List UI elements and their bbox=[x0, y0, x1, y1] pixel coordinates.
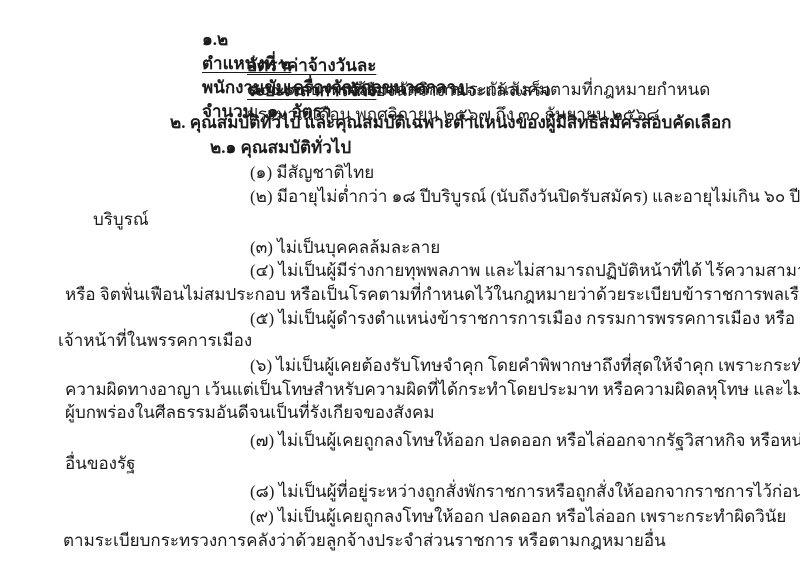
qualification-item-4-cont: หรือ จิตฟั่นเฟือนไม่สมประกอบ หรือเป็นโรค… bbox=[65, 283, 800, 307]
qualification-item-9: (๙) ไม่เป็นผู้เคยถูกลงโทษให้ออก ปลดออก ห… bbox=[250, 505, 786, 529]
period-continuation-line: หรือจนกว่างานจะแล้วเสร็จ bbox=[355, 79, 551, 103]
qualification-item-3: (๓) ไม่เป็นบุคคลล้มละลาย bbox=[250, 236, 440, 260]
qualification-item-1: (๑) มีสัญชาติไทย bbox=[250, 161, 374, 185]
section-2-heading: ๒. คุณสมบัติทั่วไป และคุณสมบัติเฉพาะตำแห… bbox=[170, 111, 731, 135]
qualification-item-5: (๕) ไม่เป็นผู้ดำรงตำแหน่งข้าราชการการเมื… bbox=[250, 307, 795, 331]
qualification-item-7-cont: อื่นของรัฐ bbox=[65, 452, 135, 476]
qualification-item-6-cont-1: ความผิดทางอาญา เว้นแต่เป็นโทษสำหรับความผ… bbox=[65, 378, 800, 402]
qualification-item-5-cont: เจ้าหน้าที่ในพรรคการเมือง bbox=[58, 329, 252, 353]
qualification-item-7: (๗) ไม่เป็นผู้เคยถูกลงโทษให้ออก ปลดออก ห… bbox=[250, 429, 800, 453]
document-page: ๑.๒ ตำแหน่งที่ ๒ พนักงานขับเครื่องจักรกล… bbox=[0, 0, 800, 565]
qualification-item-2: (๒) มีอายุไม่ต่ำกว่า ๑๘ ปีบริบูรณ์ (นับถ… bbox=[250, 185, 800, 209]
qualification-item-6: (๖) ไม่เป็นผู้เคยต้องรับโทษจำคุก โดยคำพิ… bbox=[250, 354, 800, 378]
qualification-item-8: (๘) ไม่เป็นผู้ที่อยู่ระหว่างถูกสั่งพักรา… bbox=[250, 480, 800, 504]
qualification-item-4: (๔) ไม่เป็นผู้มีร่างกายทุพพลภาพ และไม่สา… bbox=[250, 259, 800, 283]
qualification-item-6-cont-2: ผู้บกพร่องในศีลธรรมอันดีจนเป็นที่รังเกีย… bbox=[65, 401, 435, 425]
section-2-1-heading: ๒.๑ คุณสมบัติทั่วไป bbox=[210, 136, 351, 160]
position-number: ๑.๒ bbox=[202, 30, 228, 49]
qualification-item-9-cont: ตามระเบียบกระทรวงการคลังว่าด้วยลูกจ้างปร… bbox=[63, 529, 666, 553]
qualification-item-2-cont: บริบูรณ์ bbox=[93, 208, 149, 232]
